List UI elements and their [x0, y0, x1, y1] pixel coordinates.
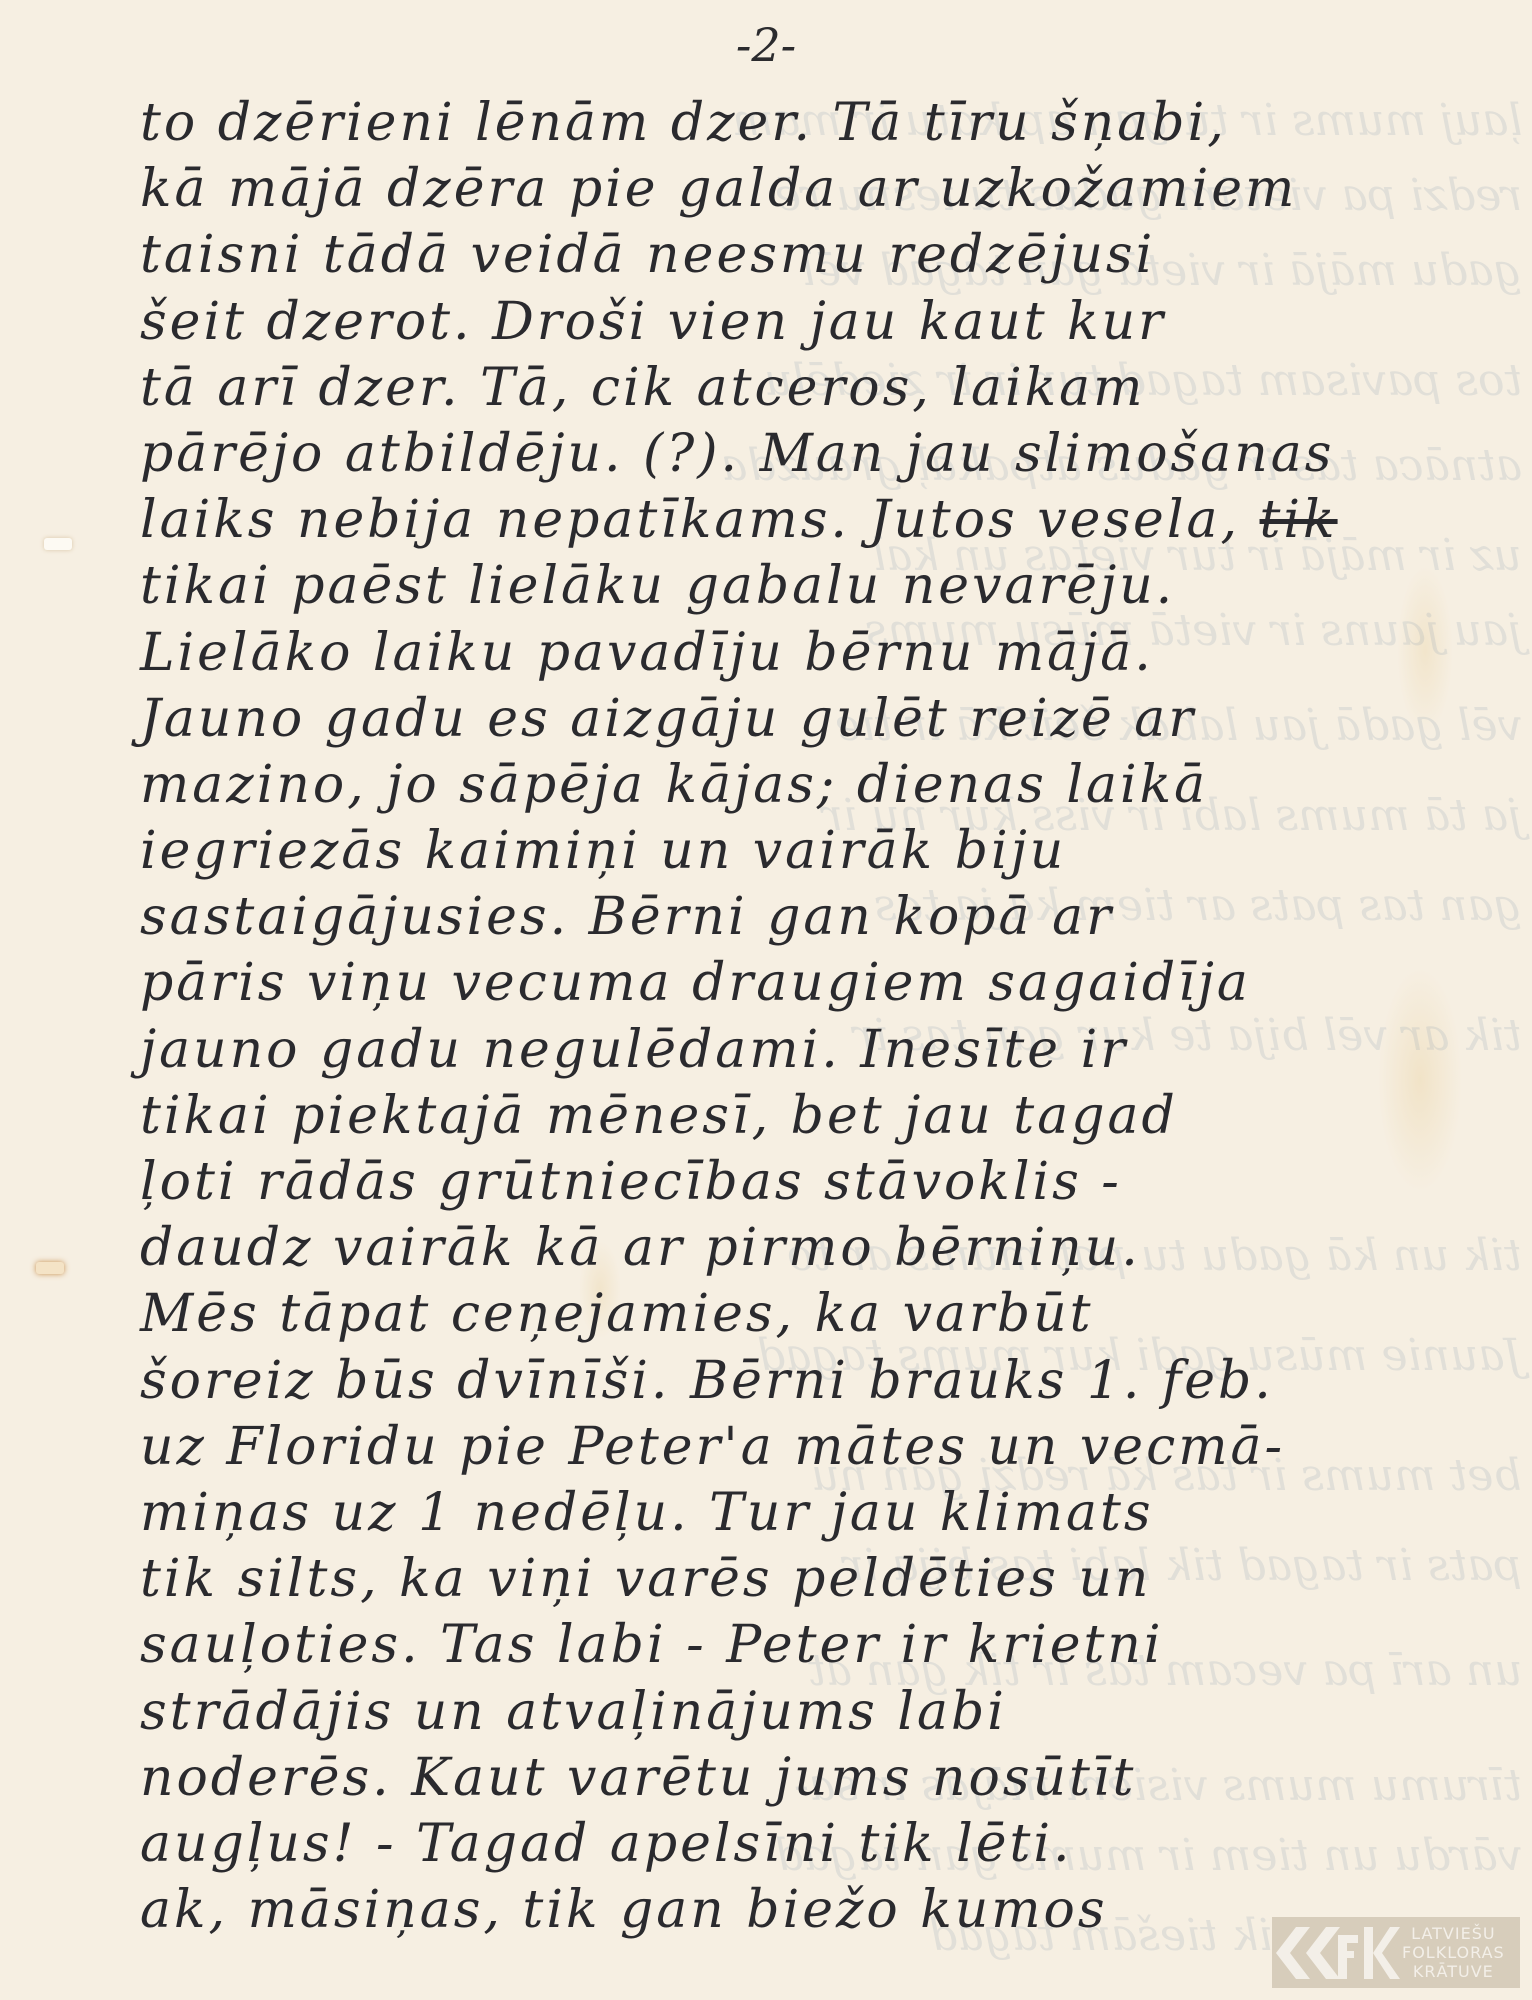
- letter-line: noderēs. Kaut varētu jums nosūtīt: [140, 1745, 1520, 1811]
- letter-line: tikai paēst lielāku gabalu nevarēju.: [140, 553, 1520, 619]
- letter-line: pārējo atbildēju. (?). Man jau slimošana…: [140, 421, 1520, 487]
- archive-logo: LATVIEŠU FOLKLORAS KRĀTUVE: [1272, 1917, 1520, 1988]
- letter-line: tik silts, ka viņi varēs peldēties un: [140, 1546, 1520, 1612]
- logo-text: LATVIEŠU FOLKLORAS KRĀTUVE: [1402, 1924, 1505, 1981]
- letter-line: mazino, jo sāpēja kājas; dienas laikā: [140, 752, 1520, 818]
- letter-line: taisni tādā veidā neesmu redzējusi: [140, 222, 1520, 288]
- letter-line: tā arī dzer. Tā, cik atceros, laikam: [140, 355, 1520, 421]
- letter-line: uz Floridu pie Peter'a mātes un vecmā-: [140, 1414, 1520, 1480]
- letter-line: Mēs tāpat ceņejamies, ka varbūt: [140, 1281, 1520, 1347]
- page-number: -2-: [0, 18, 1532, 72]
- letter-line: ļoti rādās grūtniecības stāvoklis -: [140, 1149, 1520, 1215]
- staple-hole-bottom: [36, 1262, 64, 1274]
- letter-line-text: laiks nebija nepatīkams. Jutos vesela,: [140, 490, 1260, 550]
- chevrons-icon: [1272, 1917, 1402, 1988]
- letter-line: augļus! - Tagad apelsīni tik lēti.: [140, 1811, 1520, 1877]
- letter-line: sastaigājusies. Bērni gan kopā ar: [140, 884, 1520, 950]
- letter-line: strādājis un atvaļinājums labi: [140, 1679, 1520, 1745]
- logo-line: FOLKLORAS: [1402, 1943, 1505, 1962]
- lfk-logo-icon: [1272, 1917, 1402, 1988]
- letter-line: daudz vairāk kā ar pirmo bērniņu.: [140, 1215, 1520, 1281]
- logo-line: LATVIEŠU: [1402, 1924, 1505, 1943]
- letter-line: laiks nebija nepatīkams. Jutos vesela, t…: [140, 487, 1520, 553]
- letter-line: to dzērieni lēnām dzer. Tā tīru šņabi,: [140, 90, 1520, 156]
- letter-line: iegriezās kaimiņi un vairāk biju: [140, 818, 1520, 884]
- staple-hole-top: [44, 538, 72, 550]
- letter-line: Jauno gadu es aizgāju gulēt reizē ar: [140, 686, 1520, 752]
- letter-line: kā mājā dzēra pie galda ar uzkožamiem: [140, 156, 1520, 222]
- letter-line: Lielāko laiku pavadīju bērnu mājā.: [140, 620, 1520, 686]
- letter-line: šoreiz būs dvīnīši. Bērni brauks 1. feb.: [140, 1348, 1520, 1414]
- letter-line: šeit dzerot. Droši vien jau kaut kur: [140, 289, 1520, 355]
- struck-out-word: tik: [1260, 490, 1338, 550]
- letter-line: miņas uz 1 nedēļu. Tur jau klimats: [140, 1480, 1520, 1546]
- letter-line: tikai piektajā mēnesī, bet jau tagad: [140, 1083, 1520, 1149]
- letter-line: sauļoties. Tas labi - Peter ir krietni: [140, 1612, 1520, 1678]
- logo-line: KRĀTUVE: [1402, 1962, 1505, 1981]
- letter-line: pāris viņu vecuma draugiem sagaidīja: [140, 950, 1520, 1016]
- letter-line: jauno gadu negulēdami. Inesīte ir: [140, 1017, 1520, 1083]
- letter-body: to dzērieni lēnām dzer. Tā tīru šņabi, k…: [140, 90, 1520, 1943]
